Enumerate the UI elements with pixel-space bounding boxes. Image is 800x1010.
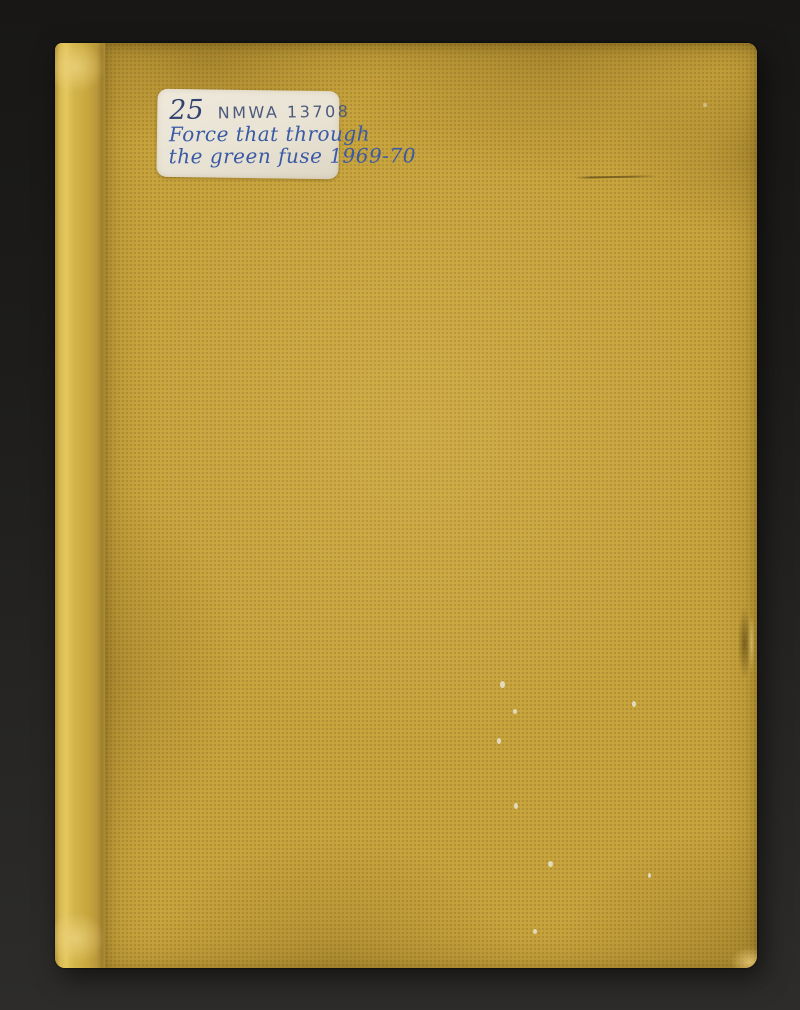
paint-speck: [548, 861, 553, 867]
spine-corner-wear-bottom: [55, 908, 105, 968]
fore-edge-dent: [729, 588, 755, 698]
paint-speck: [533, 929, 537, 934]
paint-speck: [703, 103, 707, 107]
label-header-row: 25NMWA 13708: [169, 95, 329, 125]
paint-speck: [632, 701, 636, 707]
book-spine: [55, 43, 105, 968]
paint-speck: [500, 681, 505, 688]
paint-speck: [514, 803, 518, 809]
spine-corner-wear-top: [55, 43, 105, 97]
label-title-line-1: Force that through: [169, 124, 329, 146]
catalog-label: 25NMWA 13708 Force that through the gree…: [156, 89, 339, 180]
paint-speck: [513, 709, 517, 714]
label-catalog-number: NMWA 13708: [218, 102, 351, 123]
scratch-mark: [575, 175, 657, 178]
label-title-line-2: the green fuse 1969-70: [169, 146, 329, 168]
cover-cloth: 25NMWA 13708 Force that through the gree…: [105, 43, 757, 968]
book-cover: 25NMWA 13708 Force that through the gree…: [55, 43, 757, 968]
paint-speck: [648, 873, 651, 878]
photo-backdrop: 25NMWA 13708 Force that through the gree…: [0, 0, 800, 1010]
corner-wear: [726, 941, 757, 968]
paint-speck: [497, 738, 501, 744]
